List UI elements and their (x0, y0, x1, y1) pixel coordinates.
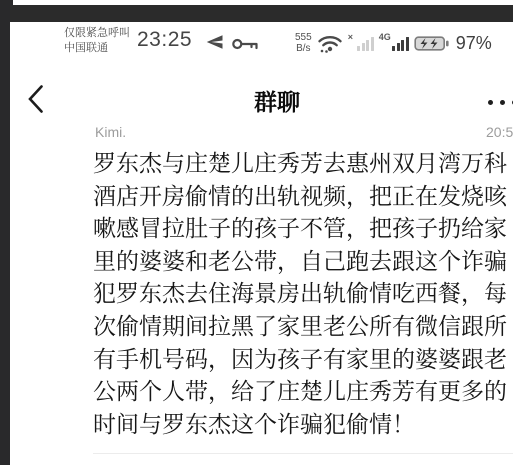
ellipsis-icon (488, 100, 493, 105)
battery-percentage: 97% (456, 33, 492, 54)
battery-charging-icon (414, 35, 451, 52)
paper-plane-icon (206, 33, 224, 51)
page-title: 群聊 (254, 84, 300, 117)
network-type-label: 4G (379, 32, 391, 42)
left-black-strip (0, 0, 10, 465)
message-text[interactable]: 罗东杰与庄楚儿庄秀芳去惠州双月湾万科 酒店开房偷情的出轨视频，把正在发烧咳 嗽感… (93, 147, 511, 440)
sim2-signal-icon: 4G (379, 33, 409, 53)
more-menu-button[interactable] (488, 100, 513, 105)
carrier-name: 中国联通 (64, 41, 130, 56)
status-time: 23:25 (137, 28, 192, 52)
message-sender-name[interactable]: Kimi. (95, 124, 126, 140)
chevron-left-icon (27, 84, 44, 114)
key-icon (232, 37, 259, 51)
network-speed-unit: B/s (295, 43, 312, 54)
carrier-info: 仅限紧急呼叫 中国联通 (64, 26, 130, 56)
network-speed-value: 555 (295, 32, 312, 43)
sim1-signal-icon: × (348, 33, 374, 53)
message-timestamp: 20:5 (486, 124, 513, 140)
status-right-cluster: 555 B/s × 4G (295, 26, 492, 60)
emergency-call-label: 仅限紧急呼叫 (64, 26, 130, 41)
top-black-band (0, 5, 513, 22)
back-button[interactable] (22, 82, 48, 116)
phone-screenshot: { "status_bar": { "emergency_text": "仅限紧… (0, 0, 513, 465)
network-speed: 555 B/s (295, 32, 312, 54)
bottom-divider (93, 453, 513, 454)
sim1-signal-bars (357, 37, 374, 51)
sim1-no-signal-mark: × (348, 32, 353, 42)
sim2-signal-bars (392, 37, 409, 51)
wifi-icon (317, 34, 343, 53)
